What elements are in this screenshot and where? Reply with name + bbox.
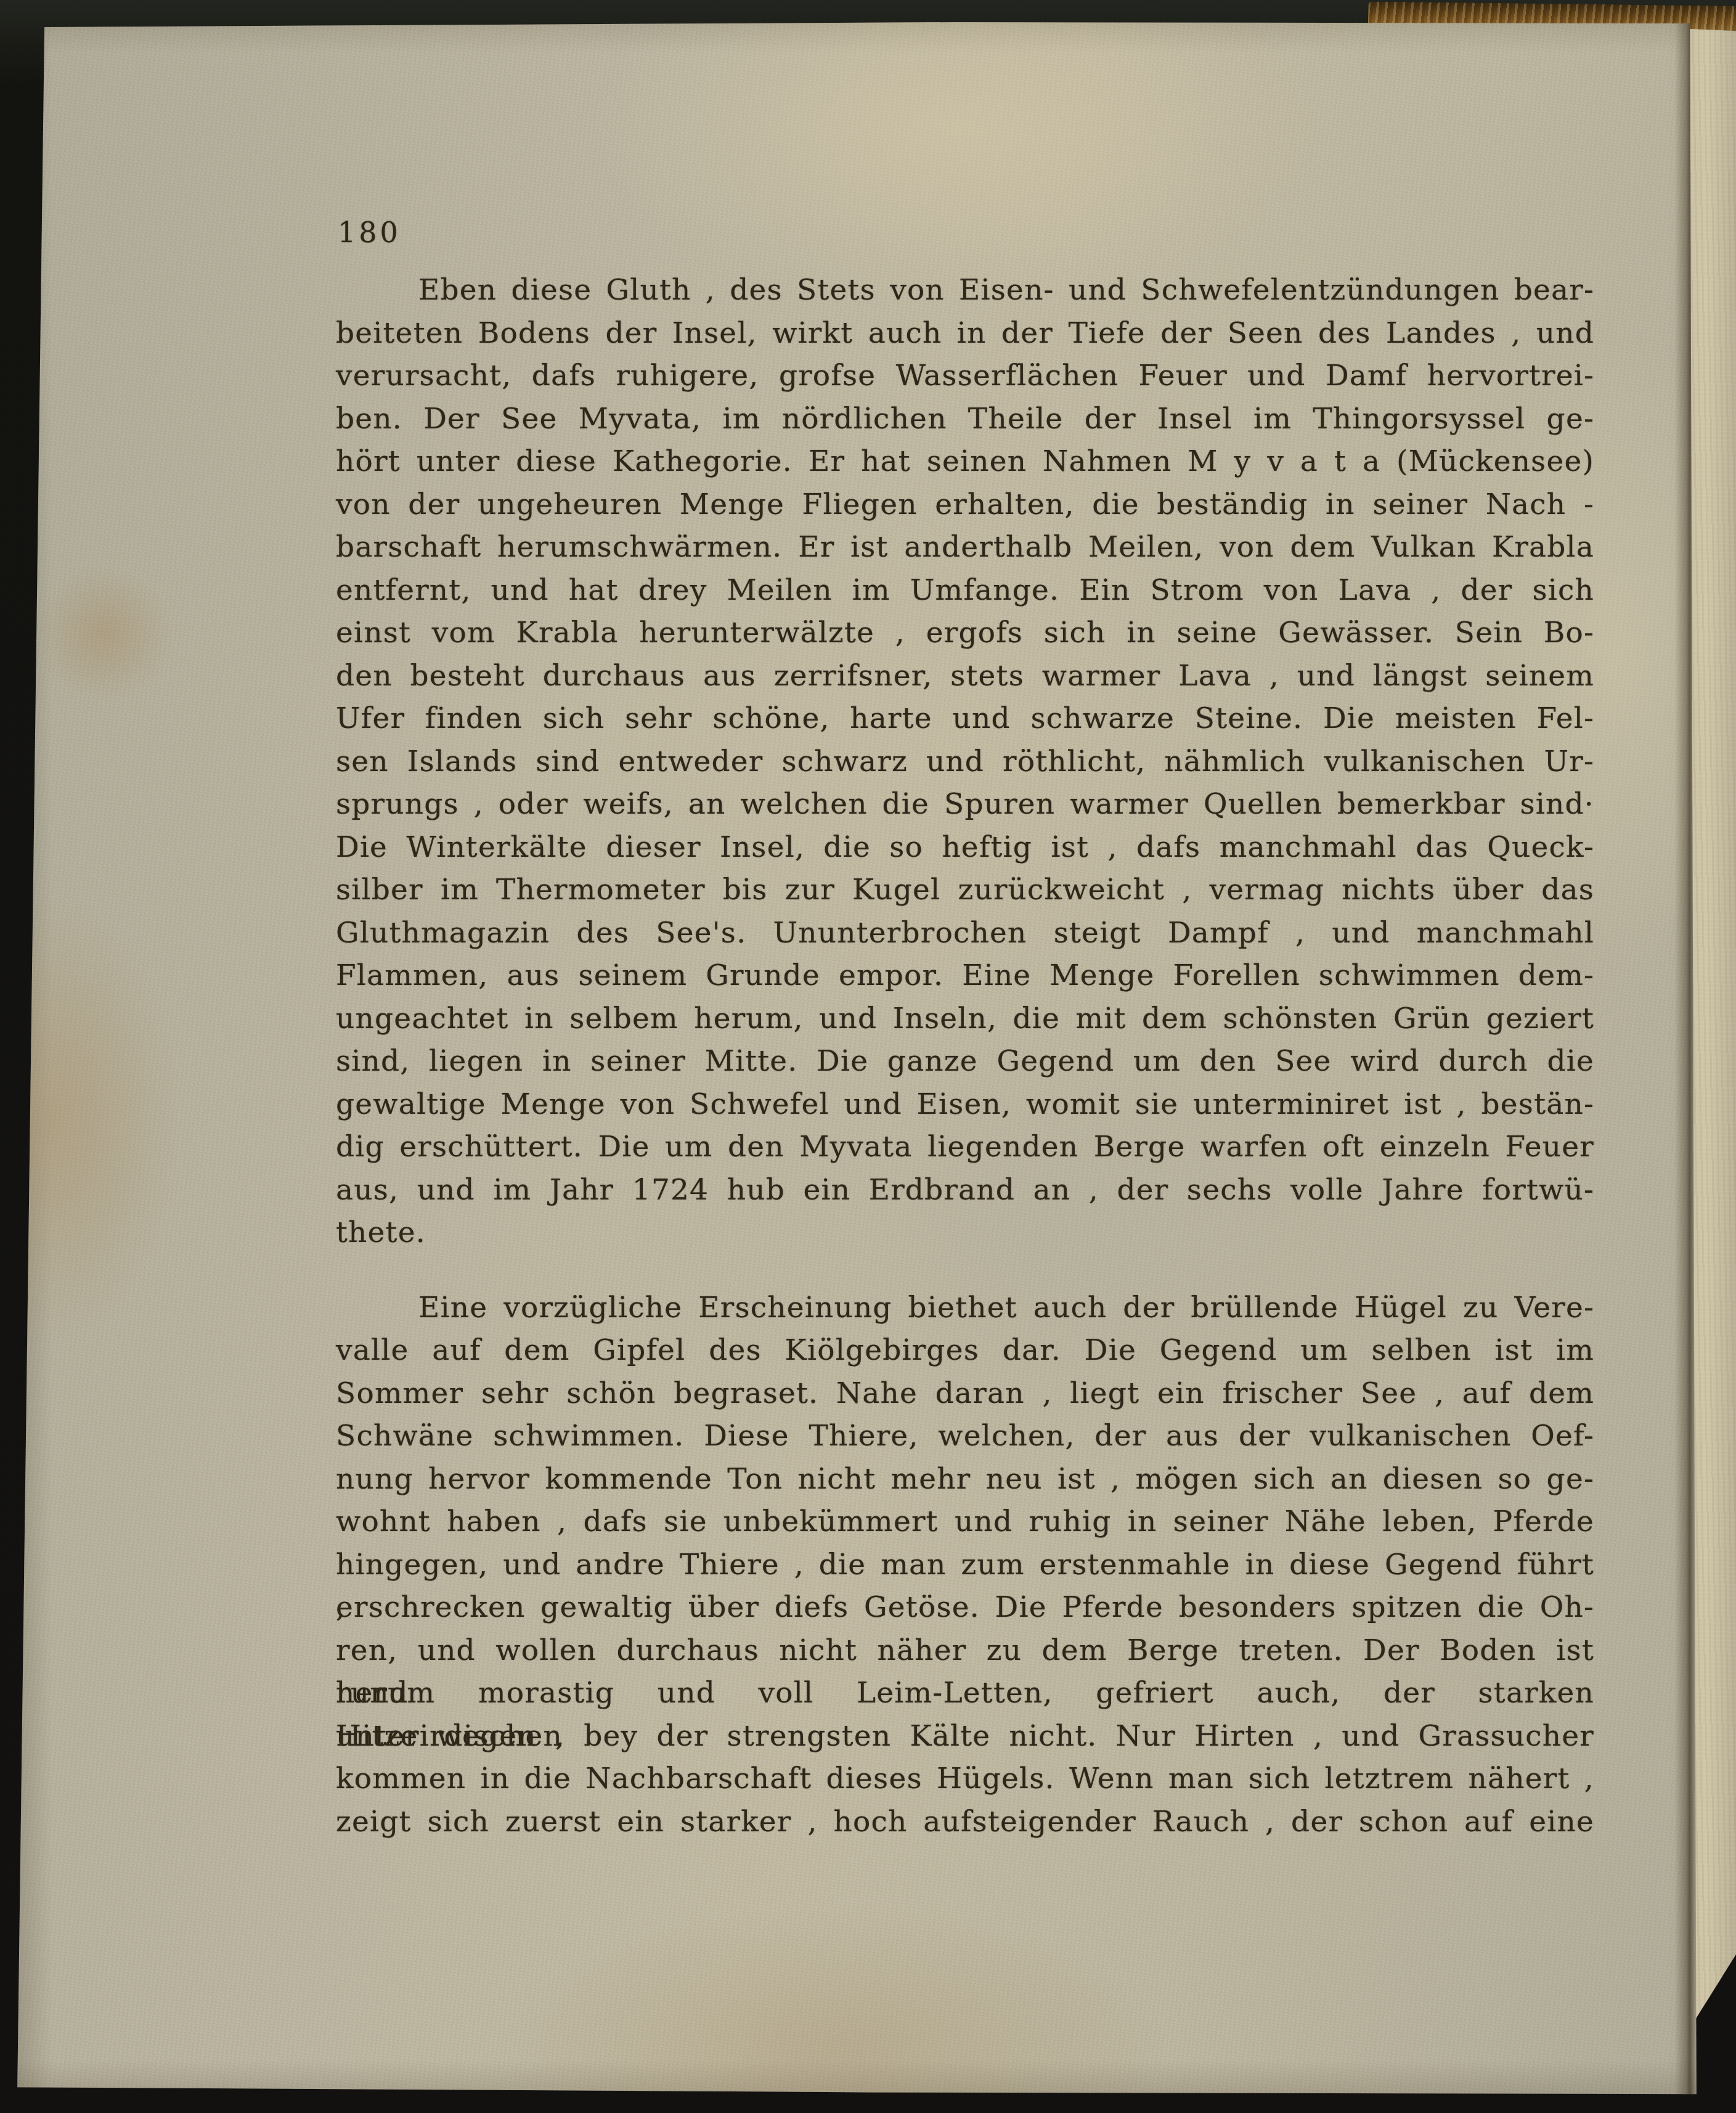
text-line: zeigt sich zuerst ein starker , hoch auf…	[336, 1800, 1594, 1844]
text-line: ren, und wollen durchaus nicht näher zu …	[336, 1629, 1594, 1672]
text-line: ben. Der See Myvata, im nördlichen Theil…	[336, 398, 1594, 441]
text-line: sind, liegen in seiner Mitte. Die ganze …	[336, 1040, 1594, 1083]
text-line: ungeachtet in selbem herum, und Inseln, …	[336, 997, 1594, 1040]
book-page: 180 Eben diese Gluth , des Stets von Eis…	[0, 0, 1736, 2113]
text-line: erschrecken gewaltig über diefs Getöse. …	[336, 1586, 1594, 1629]
text-line: gewaltige Menge von Schwefel und Eisen, …	[336, 1083, 1594, 1126]
paragraph: Eben diese Gluth , des Stets von Eisen- …	[336, 269, 1594, 1254]
text-line: Hitze wegen , bey der strengsten Kälte n…	[336, 1715, 1594, 1758]
text-line: Die Winterkälte dieser Insel, die so hef…	[336, 826, 1594, 869]
text-line: valle auf dem Gipfel des Kiölgebirges da…	[336, 1329, 1594, 1372]
text-line: Schwäne schwimmen. Diese Thiere, welchen…	[336, 1415, 1594, 1458]
text-line: wohnt haben , dafs sie unbekümmert und r…	[336, 1500, 1594, 1543]
book-scan: 180 Eben diese Gluth , des Stets von Eis…	[0, 0, 1736, 2113]
text-line: sprungs , oder weifs, an welchen die Spu…	[336, 783, 1594, 826]
text-line: einst vom Krabla herunterwälzte , ergofs…	[336, 611, 1594, 655]
text-line: Ufer finden sich sehr schöne, harte und …	[336, 697, 1594, 740]
text-line: entfernt, und hat drey Meilen im Umfange…	[336, 569, 1594, 612]
text-line: silber im Thermometer bis zur Kugel zurü…	[336, 868, 1594, 912]
text-line: sen Islands sind entweder schwarz und rö…	[336, 740, 1594, 783]
text-line: nung hervor kommende Ton nicht mehr neu …	[336, 1458, 1594, 1501]
text-line: von der ungeheuren Menge Fliegen erhalte…	[336, 483, 1594, 526]
text-line: den besteht durchaus aus zerrifsner, ste…	[336, 655, 1594, 698]
text-line: Eben diese Gluth , des Stets von Eisen- …	[336, 269, 1594, 312]
text-line: kommen in die Nachbarschaft dieses Hügel…	[336, 1757, 1594, 1800]
text-line: beiteten Bodens der Insel, wirkt auch in…	[336, 312, 1594, 355]
text-line: hingegen, und andre Thiere , die man zum…	[336, 1543, 1594, 1587]
text-line: Gluthmagazin des See's. Ununterbrochen s…	[336, 912, 1594, 955]
text-line: barschaft herumschwärmen. Er ist anderth…	[336, 526, 1594, 569]
paragraph: Eine vorzügliche Erscheinung biethet auc…	[336, 1286, 1594, 1844]
text-line: herum morastig und voll Leim-Letten, gef…	[336, 1672, 1594, 1715]
text-line: aus, und im Jahr 1724 hub ein Erdbrand a…	[336, 1169, 1594, 1212]
text-line: Flammen, aus seinem Grunde empor. Eine M…	[336, 954, 1594, 997]
text-line: dig erschüttert. Die um den Myvata liege…	[336, 1126, 1594, 1169]
page-number: 180	[338, 216, 401, 249]
text-line: verursacht, dafs ruhigere, grofse Wasser…	[336, 354, 1594, 398]
text-line: hört unter diese Kathegorie. Er hat sein…	[336, 440, 1594, 483]
text-line: thete.	[336, 1211, 1594, 1254]
text-line: Sommer sehr schön begraset. Nahe daran ,…	[336, 1372, 1594, 1415]
text-line: Eine vorzügliche Erscheinung biethet auc…	[336, 1286, 1594, 1330]
text-block: Eben diese Gluth , des Stets von Eisen- …	[336, 269, 1594, 1843]
